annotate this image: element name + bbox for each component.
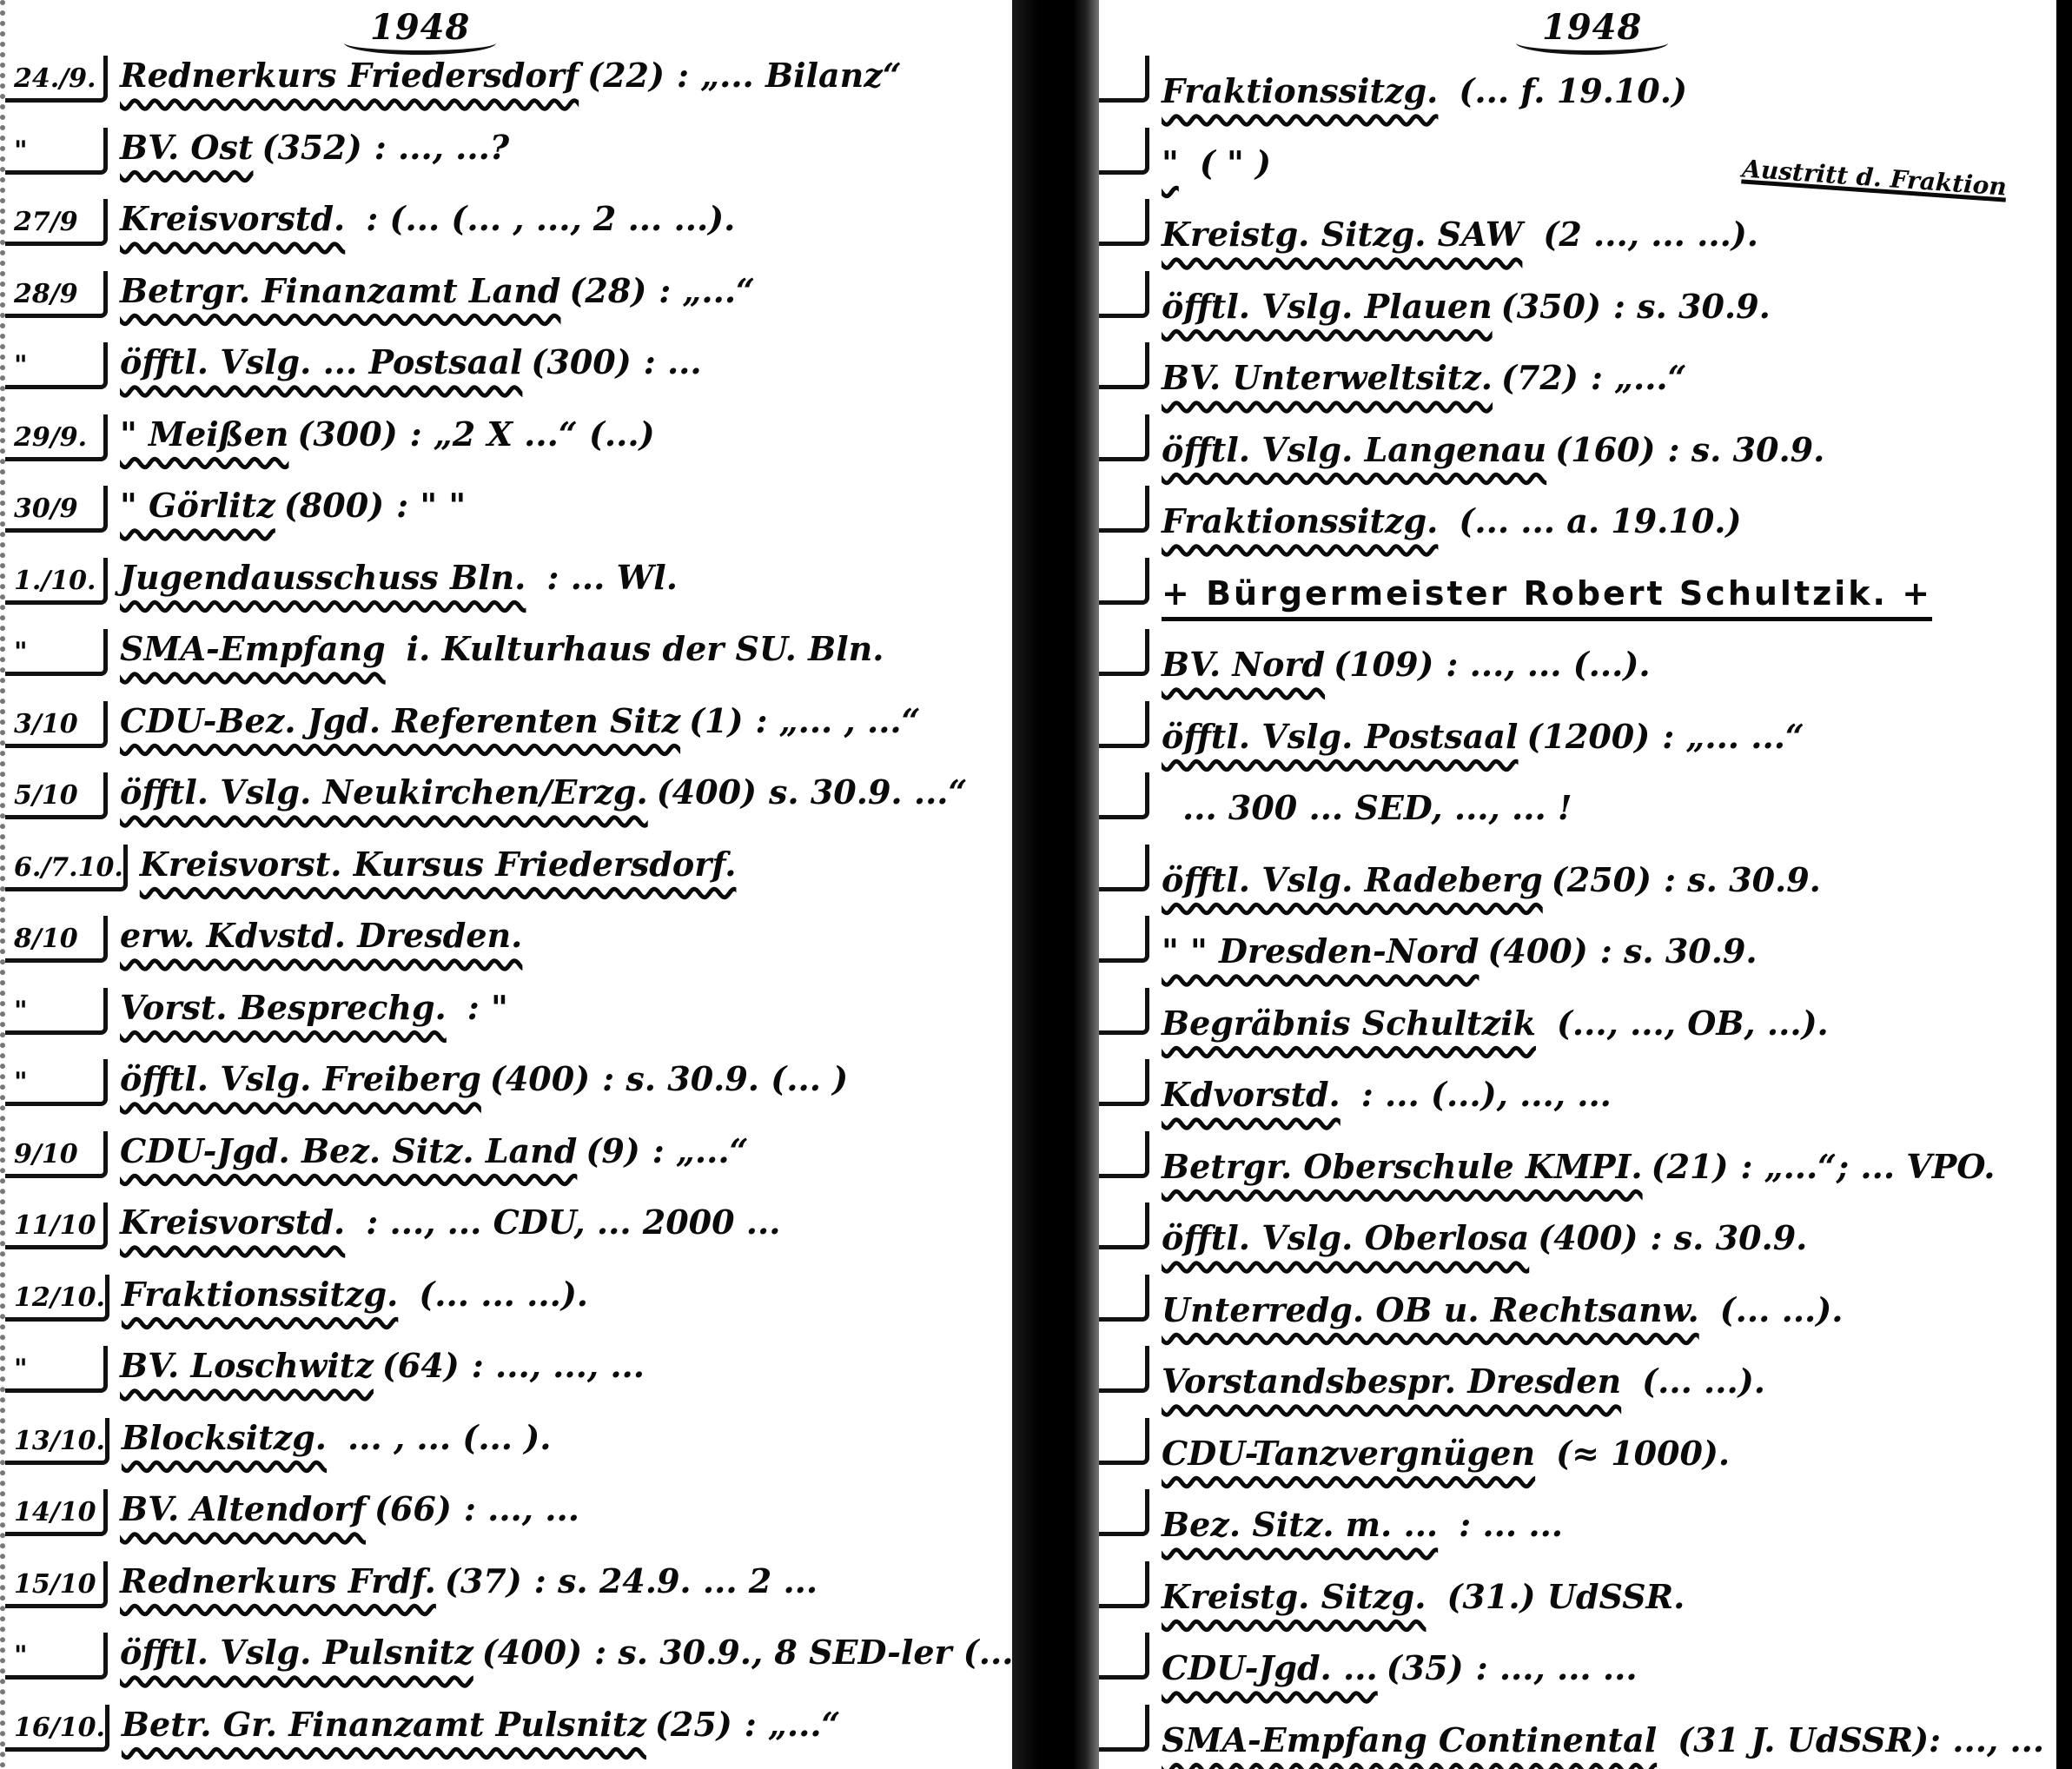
diary-entry: öfftl. Vslg. Plauen (350) : s. 30.9. bbox=[1099, 271, 2072, 343]
diary-entry: öfftl. Vslg. Radeberg (250) : s. 30.9. bbox=[1099, 845, 2072, 917]
diary-entry: " SMA-Empfang i. Kulturhaus der SU. Bln. bbox=[5, 629, 1012, 701]
entry-date: " bbox=[5, 342, 108, 389]
entry-subject: Begräbnis Schultzik bbox=[1162, 1004, 1536, 1043]
entry-note: (... ...). bbox=[1720, 1290, 1844, 1329]
attendance-count: (350) bbox=[1501, 287, 1601, 326]
entry-note: : ..., ..., ... bbox=[472, 1346, 645, 1385]
entry-subject: erw. Kdvstd. Dresden. bbox=[120, 916, 522, 955]
diary-entry: Kdvorstd. : ... (...), ..., ... bbox=[1099, 1059, 2072, 1131]
attendance-count: (400) bbox=[482, 1633, 582, 1672]
entry-subject: CDU-Jgd. ... bbox=[1162, 1648, 1378, 1687]
entry-note: ... 300 ... SED, ..., ... ! bbox=[1182, 788, 1572, 827]
diary-entry: CDU-Jgd. ... (35) : ..., ... ... bbox=[1099, 1633, 2072, 1705]
entry-date: " bbox=[5, 988, 108, 1035]
entry-subject: Kreisvorst. Kursus Friedersdorf. bbox=[140, 845, 737, 884]
entry-date: 27/9 bbox=[5, 199, 108, 246]
diary-entry: 24./9. Rednerkurs Friedersdorf (22) : „.… bbox=[5, 56, 1012, 128]
diary-entry: öfftl. Vslg. Oberlosa (400) : s. 30.9. bbox=[1099, 1203, 2072, 1275]
entry-date: 8/10 bbox=[5, 916, 108, 963]
attendance-count: (21) bbox=[1652, 1147, 1729, 1186]
diary-entry: Vorstandsbespr. Dresden (... ...). bbox=[1099, 1346, 2072, 1418]
attendance-count: (1200) bbox=[1527, 717, 1651, 756]
entry-subject: Rednerkurs Friedersdorf bbox=[120, 56, 579, 95]
entry-note: : ..., ...? bbox=[374, 128, 509, 167]
diary-entry: 13/10. Blocksitzg. ... , ... (... ). bbox=[5, 1418, 1012, 1490]
entry-note: : ... Wl. bbox=[546, 558, 678, 597]
entry-subject: + Bürgermeister Robert Schultzik. + bbox=[1162, 574, 1932, 613]
entry-note: (31.) UdSSR. bbox=[1446, 1577, 1685, 1616]
entry-date bbox=[1099, 342, 1149, 389]
entry-list: Fraktionssitzg. (... f. 19.10.) " ( " ) … bbox=[1099, 56, 2072, 1769]
attendance-count: (35) bbox=[1387, 1648, 1464, 1687]
entry-note: : s. 24.9. ... 2 ... bbox=[534, 1561, 818, 1600]
diary-entry: 27/9 Kreisvorstd. : (... (... , ..., 2 .… bbox=[5, 199, 1012, 271]
entry-date bbox=[1099, 558, 1149, 605]
diary-entry: BV. Nord (109) : ..., ... (...). bbox=[1099, 629, 2072, 701]
entry-subject: Kreisvorstd. bbox=[120, 199, 345, 238]
diary-entry: 5/10 öfftl. Vslg. Neukirchen/Erzg. (400)… bbox=[5, 772, 1012, 845]
entry-note: : ..., ... CDU, ... 2000 ... bbox=[366, 1203, 780, 1242]
entry-date bbox=[1099, 916, 1149, 963]
attendance-count: (400) bbox=[1538, 1218, 1638, 1257]
entry-date: 13/10. bbox=[5, 1418, 109, 1465]
entry-subject: öfftl. Vslg. Radeberg bbox=[1162, 860, 1543, 899]
entry-note: : „2 X ...“ (...) bbox=[410, 414, 655, 454]
entry-date bbox=[1099, 1633, 1149, 1680]
diary-entry: ... 300 ... SED, ..., ... ! bbox=[1099, 772, 2072, 845]
entry-date bbox=[1099, 1418, 1149, 1465]
entry-subject: " Görlitz bbox=[120, 486, 275, 525]
entry-date bbox=[1099, 988, 1149, 1035]
attendance-count: (400) bbox=[1487, 931, 1587, 971]
entry-subject: Betrgr. Oberschule KMPI. bbox=[1162, 1147, 1643, 1186]
diary-entry: 1./10. Jugendausschuss Bln. : ... Wl. bbox=[5, 558, 1012, 630]
diary-entry: 12/10. Fraktionssitzg. (... ... ...). bbox=[5, 1275, 1012, 1347]
entry-date: 16/10. bbox=[5, 1705, 109, 1752]
diary-entry: 8/10 erw. Kdvstd. Dresden. bbox=[5, 916, 1012, 988]
entry-date: 28/9 bbox=[5, 271, 108, 318]
entry-subject: " bbox=[1162, 143, 1179, 182]
entry-subject: Kreisvorstd. bbox=[120, 1203, 345, 1242]
diary-entry: 3/10 CDU-Bez. Jgd. Referenten Sitz (1) :… bbox=[5, 701, 1012, 773]
year-heading: 1948 bbox=[1542, 7, 1642, 48]
entry-date bbox=[1099, 772, 1149, 819]
page-edge bbox=[2056, 0, 2072, 1769]
entry-note: : „...“ bbox=[659, 271, 755, 310]
entry-note: s. 30.9. ...“ bbox=[769, 772, 967, 812]
entry-note: (..., ..., OB, ...). bbox=[1557, 1004, 1829, 1043]
entry-date bbox=[1099, 1275, 1149, 1322]
diary-entry: " ( " ) bbox=[1099, 128, 2072, 200]
entry-date bbox=[1099, 845, 1149, 891]
year-heading: 1948 bbox=[370, 7, 470, 48]
entry-date: 5/10 bbox=[5, 772, 108, 819]
entry-date bbox=[1099, 1203, 1149, 1249]
diary-entry: 30/9 " Görlitz (800) : " " bbox=[5, 486, 1012, 558]
entry-subject: Unterredg. OB u. Rechtsanw. bbox=[1162, 1290, 1699, 1329]
entry-date: 11/10 bbox=[5, 1203, 108, 1249]
entry-subject: Kreistg. Sitzg. SAW bbox=[1162, 215, 1522, 254]
entry-subject: " Meißen bbox=[120, 414, 288, 454]
diary-entry: 6./7.10. Kreisvorst. Kursus Friedersdorf… bbox=[5, 845, 1012, 917]
entry-date bbox=[1099, 1705, 1149, 1752]
attendance-count: (1) bbox=[689, 701, 743, 740]
entry-date bbox=[1099, 1059, 1149, 1106]
left-page: 1948 24./9. Rednerkurs Friedersdorf (22)… bbox=[0, 0, 1012, 1769]
diary-entry: " " Dresden-Nord (400) : s. 30.9. bbox=[1099, 916, 2072, 988]
diary-entry: " BV. Ost (352) : ..., ...? bbox=[5, 128, 1012, 200]
entry-subject: öfftl. Vslg. Oberlosa bbox=[1162, 1218, 1529, 1257]
diary-entry: " öfftl. Vslg. Pulsnitz (400) : s. 30.9.… bbox=[5, 1633, 1012, 1705]
entry-date bbox=[1099, 56, 1149, 103]
entry-note: : s. 30.9. bbox=[1664, 860, 1821, 899]
entry-subject: öfftl. Vslg. Neukirchen/Erzg. bbox=[120, 772, 648, 812]
entry-subject: CDU-Bez. Jgd. Referenten Sitz bbox=[120, 701, 680, 740]
entry-note: : s. 30.9. (... ) bbox=[602, 1059, 848, 1098]
attendance-count: (28) bbox=[569, 271, 646, 310]
diary-entry: Fraktionssitzg. (... ... a. 19.10.) bbox=[1099, 486, 2072, 558]
entry-date bbox=[1099, 1131, 1149, 1178]
entry-note: : s. 30.9., 8 SED-ler (...). bbox=[594, 1633, 1012, 1672]
diary-entry: Kreistg. Sitzg. (31.) UdSSR. bbox=[1099, 1561, 2072, 1633]
entry-note: : s. 30.9. bbox=[1600, 931, 1758, 971]
diary-entry: 28/9 Betrgr. Finanzamt Land (28) : „...“ bbox=[5, 271, 1012, 343]
entry-subject: SMA-Empfang Continental bbox=[1162, 1720, 1657, 1759]
diary-entry: 16/10. Betr. Gr. Finanzamt Pulsnitz (25)… bbox=[5, 1705, 1012, 1769]
entry-note: : ..., ... bbox=[464, 1489, 579, 1528]
entry-subject: Vorst. Besprechg. bbox=[120, 988, 447, 1027]
diary-entry: Betrgr. Oberschule KMPI. (21) : „...“; .… bbox=[1099, 1131, 2072, 1203]
diary-entry: BV. Unterweltsitz. (72) : „...“ bbox=[1099, 342, 2072, 414]
entry-note: : ... bbox=[644, 342, 702, 381]
diary-entry: Kreistg. Sitzg. SAW (2 ..., ... ...). bbox=[1099, 199, 2072, 271]
attendance-count: (300) bbox=[531, 342, 631, 381]
entry-date bbox=[1099, 629, 1149, 676]
entry-note: : s. 30.9. bbox=[1651, 1218, 1808, 1257]
diary-entry: Unterredg. OB u. Rechtsanw. (... ...). bbox=[1099, 1275, 2072, 1347]
entry-note: : ... (...), ..., ... bbox=[1361, 1075, 1612, 1114]
entry-note: (... ... ...). bbox=[419, 1275, 588, 1314]
diary-entry: 14/10 BV. Altendorf (66) : ..., ... bbox=[5, 1489, 1012, 1561]
notebook-spread: 1948 24./9. Rednerkurs Friedersdorf (22)… bbox=[0, 0, 2072, 1769]
entry-subject: BV. Altendorf bbox=[120, 1489, 366, 1528]
entry-subject: BV. Loschwitz bbox=[120, 1346, 374, 1385]
entry-subject: Vorstandsbespr. Dresden bbox=[1162, 1362, 1621, 1401]
entry-subject: BV. Unterweltsitz. bbox=[1162, 358, 1493, 397]
entry-date bbox=[1099, 128, 1149, 175]
diary-entry: 9/10 CDU-Jgd. Bez. Sitz. Land (9) : „...… bbox=[5, 1131, 1012, 1203]
entry-note: : s. 30.9. bbox=[1667, 430, 1824, 469]
entry-subject: Rednerkurs Frdf. bbox=[120, 1561, 436, 1600]
diary-entry: 15/10 Rednerkurs Frdf. (37) : s. 24.9. .… bbox=[5, 1561, 1012, 1633]
entry-note: : „...“ bbox=[1591, 358, 1687, 397]
entry-note: ... , ... (... ). bbox=[348, 1418, 551, 1457]
diary-entry: SMA-Empfang Continental (31 J. UdSSR): .… bbox=[1099, 1705, 2072, 1769]
entry-date: 24./9. bbox=[5, 56, 108, 103]
entry-note: (... f. 19.10.) bbox=[1459, 71, 1687, 110]
entry-subject: öfftl. Vslg. Plauen bbox=[1162, 287, 1493, 326]
entry-date: 6./7.10. bbox=[5, 845, 128, 891]
entry-note: : ..., ... (...). bbox=[1446, 645, 1650, 684]
entry-date: 9/10 bbox=[5, 1131, 108, 1178]
entry-note: : „...“ bbox=[652, 1131, 749, 1170]
attendance-count: (160) bbox=[1555, 430, 1655, 469]
diary-entry: öfftl. Vslg. Langenau (160) : s. 30.9. bbox=[1099, 414, 2072, 487]
entry-date: 14/10 bbox=[5, 1489, 108, 1536]
entry-subject: CDU-Tanzvergnügen bbox=[1162, 1434, 1535, 1473]
entry-note: : „... , ...“ bbox=[755, 701, 920, 740]
attendance-count: (72) bbox=[1501, 358, 1579, 397]
diary-entry: " öfftl. Vslg. ... Postsaal (300) : ... bbox=[5, 342, 1012, 414]
entry-note: : " " bbox=[396, 486, 466, 525]
entry-date: " bbox=[5, 1633, 108, 1680]
entry-subject: " " Dresden-Nord bbox=[1162, 931, 1479, 971]
entry-date: 3/10 bbox=[5, 701, 108, 748]
attendance-count: (25) bbox=[655, 1705, 732, 1744]
entry-note: : (... (... , ..., 2 ... ...). bbox=[366, 199, 735, 238]
entry-date bbox=[1099, 271, 1149, 318]
entry-date: " bbox=[5, 1059, 108, 1106]
entry-date bbox=[1099, 414, 1149, 461]
entry-subject: öfftl. Vslg. Langenau bbox=[1162, 430, 1546, 469]
entry-subject: Blocksitzg. bbox=[122, 1418, 327, 1457]
entry-subject: öfftl. Vslg. Postsaal bbox=[1162, 717, 1519, 756]
diary-entry: " Vorst. Besprechg. : " bbox=[5, 988, 1012, 1060]
entry-date: 15/10 bbox=[5, 1561, 108, 1608]
entry-subject: Fraktionssitzg. bbox=[1162, 71, 1438, 110]
entry-subject: Fraktionssitzg. bbox=[122, 1275, 398, 1314]
entry-date bbox=[1099, 1346, 1149, 1393]
diary-entry: Begräbnis Schultzik (..., ..., OB, ...). bbox=[1099, 988, 2072, 1060]
attendance-count: (800) bbox=[284, 486, 384, 525]
entry-subject: Betr. Gr. Finanzamt Pulsnitz bbox=[122, 1705, 646, 1744]
entry-date bbox=[1099, 1561, 1149, 1608]
diary-entry: Fraktionssitzg. (... f. 19.10.) bbox=[1099, 56, 2072, 128]
diary-entry: " öfftl. Vslg. Freiberg (400) : s. 30.9.… bbox=[5, 1059, 1012, 1131]
attendance-count: (300) bbox=[297, 414, 397, 454]
attendance-count: (400) bbox=[657, 772, 757, 812]
diary-entry: 29/9. " Meißen (300) : „2 X ...“ (...) bbox=[5, 414, 1012, 487]
entry-date bbox=[1099, 199, 1149, 246]
diary-entry: Bez. Sitz. m. ... : ... ... bbox=[1099, 1489, 2072, 1561]
entry-note: ( " ) bbox=[1200, 143, 1271, 182]
entry-date: " bbox=[5, 629, 108, 676]
entry-subject: BV. Nord bbox=[1162, 645, 1325, 684]
binding-gutter bbox=[1012, 0, 1099, 1769]
attendance-count: (250) bbox=[1552, 860, 1652, 899]
entry-note: (... ... a. 19.10.) bbox=[1459, 501, 1741, 540]
diary-entry: CDU-Tanzvergnügen (≈ 1000). bbox=[1099, 1418, 2072, 1490]
entry-subject: Betrgr. Finanzamt Land bbox=[120, 271, 560, 310]
entry-date bbox=[1099, 1489, 1149, 1536]
entry-date: 29/9. bbox=[5, 414, 108, 461]
entry-date: 1./10. bbox=[5, 558, 108, 605]
entry-note: (2 ..., ... ...). bbox=[1543, 215, 1758, 254]
entry-date: 30/9 bbox=[5, 486, 108, 533]
diary-entry: " BV. Loschwitz (64) : ..., ..., ... bbox=[5, 1346, 1012, 1418]
attendance-count: (64) bbox=[382, 1346, 460, 1385]
entry-note: (≈ 1000). bbox=[1556, 1434, 1730, 1473]
entry-note: : „...“ bbox=[745, 1705, 841, 1744]
attendance-count: (22) bbox=[587, 56, 665, 95]
right-page: 1948 Austritt d. Fraktion Fraktionssitzg… bbox=[1099, 0, 2072, 1769]
entry-date bbox=[1099, 486, 1149, 533]
attendance-count: (9) bbox=[586, 1131, 639, 1170]
entry-list: 24./9. Rednerkurs Friedersdorf (22) : „.… bbox=[5, 56, 1012, 1769]
entry-note: (... ...). bbox=[1642, 1362, 1765, 1401]
entry-subject: Kdvorstd. bbox=[1162, 1075, 1341, 1114]
entry-date bbox=[1099, 701, 1149, 748]
entry-note: : s. 30.9. bbox=[1613, 287, 1771, 326]
entry-subject: öfftl. Vslg. Freiberg bbox=[120, 1059, 481, 1098]
attendance-count: (109) bbox=[1334, 645, 1433, 684]
attendance-count: (37) bbox=[445, 1561, 522, 1600]
entry-date: 12/10. bbox=[5, 1275, 109, 1322]
entry-subject: öfftl. Vslg. ... Postsaal bbox=[120, 342, 522, 381]
entry-subject: Bez. Sitz. m. ... bbox=[1162, 1505, 1438, 1544]
entry-note: : ... ... bbox=[1459, 1505, 1563, 1544]
entry-subject: Fraktionssitzg. bbox=[1162, 501, 1438, 540]
entry-date: " bbox=[5, 128, 108, 175]
entry-subject: Jugendausschuss Bln. bbox=[120, 558, 526, 597]
entry-note: : „... ...“ bbox=[1662, 717, 1804, 756]
entry-note: i. Kulturhaus der SU. Bln. bbox=[407, 629, 884, 668]
entry-note: (31 J. UdSSR): ..., ... bbox=[1678, 1720, 2044, 1759]
entry-note: : „...“; ... VPO. bbox=[1740, 1147, 1995, 1186]
entry-subject: CDU-Jgd. Bez. Sitz. Land bbox=[120, 1131, 577, 1170]
entry-note: : " bbox=[467, 988, 508, 1027]
attendance-count: (352) bbox=[261, 128, 361, 167]
entry-subject: SMA-Empfang bbox=[120, 629, 386, 668]
diary-entry: 11/10 Kreisvorstd. : ..., ... CDU, ... 2… bbox=[5, 1203, 1012, 1275]
diary-entry: + Bürgermeister Robert Schultzik. + bbox=[1099, 558, 2072, 630]
entry-note: : ..., ... ... bbox=[1476, 1648, 1638, 1687]
entry-subject: BV. Ost bbox=[120, 128, 253, 167]
entry-date: " bbox=[5, 1346, 108, 1393]
entry-subject: Kreistg. Sitzg. bbox=[1162, 1577, 1426, 1616]
attendance-count: (66) bbox=[374, 1489, 452, 1528]
attendance-count: (400) bbox=[490, 1059, 590, 1098]
diary-entry: öfftl. Vslg. Postsaal (1200) : „... ...“ bbox=[1099, 701, 2072, 773]
entry-note: : „... Bilanz“ bbox=[677, 56, 902, 95]
entry-subject: öfftl. Vslg. Pulsnitz bbox=[120, 1633, 473, 1672]
